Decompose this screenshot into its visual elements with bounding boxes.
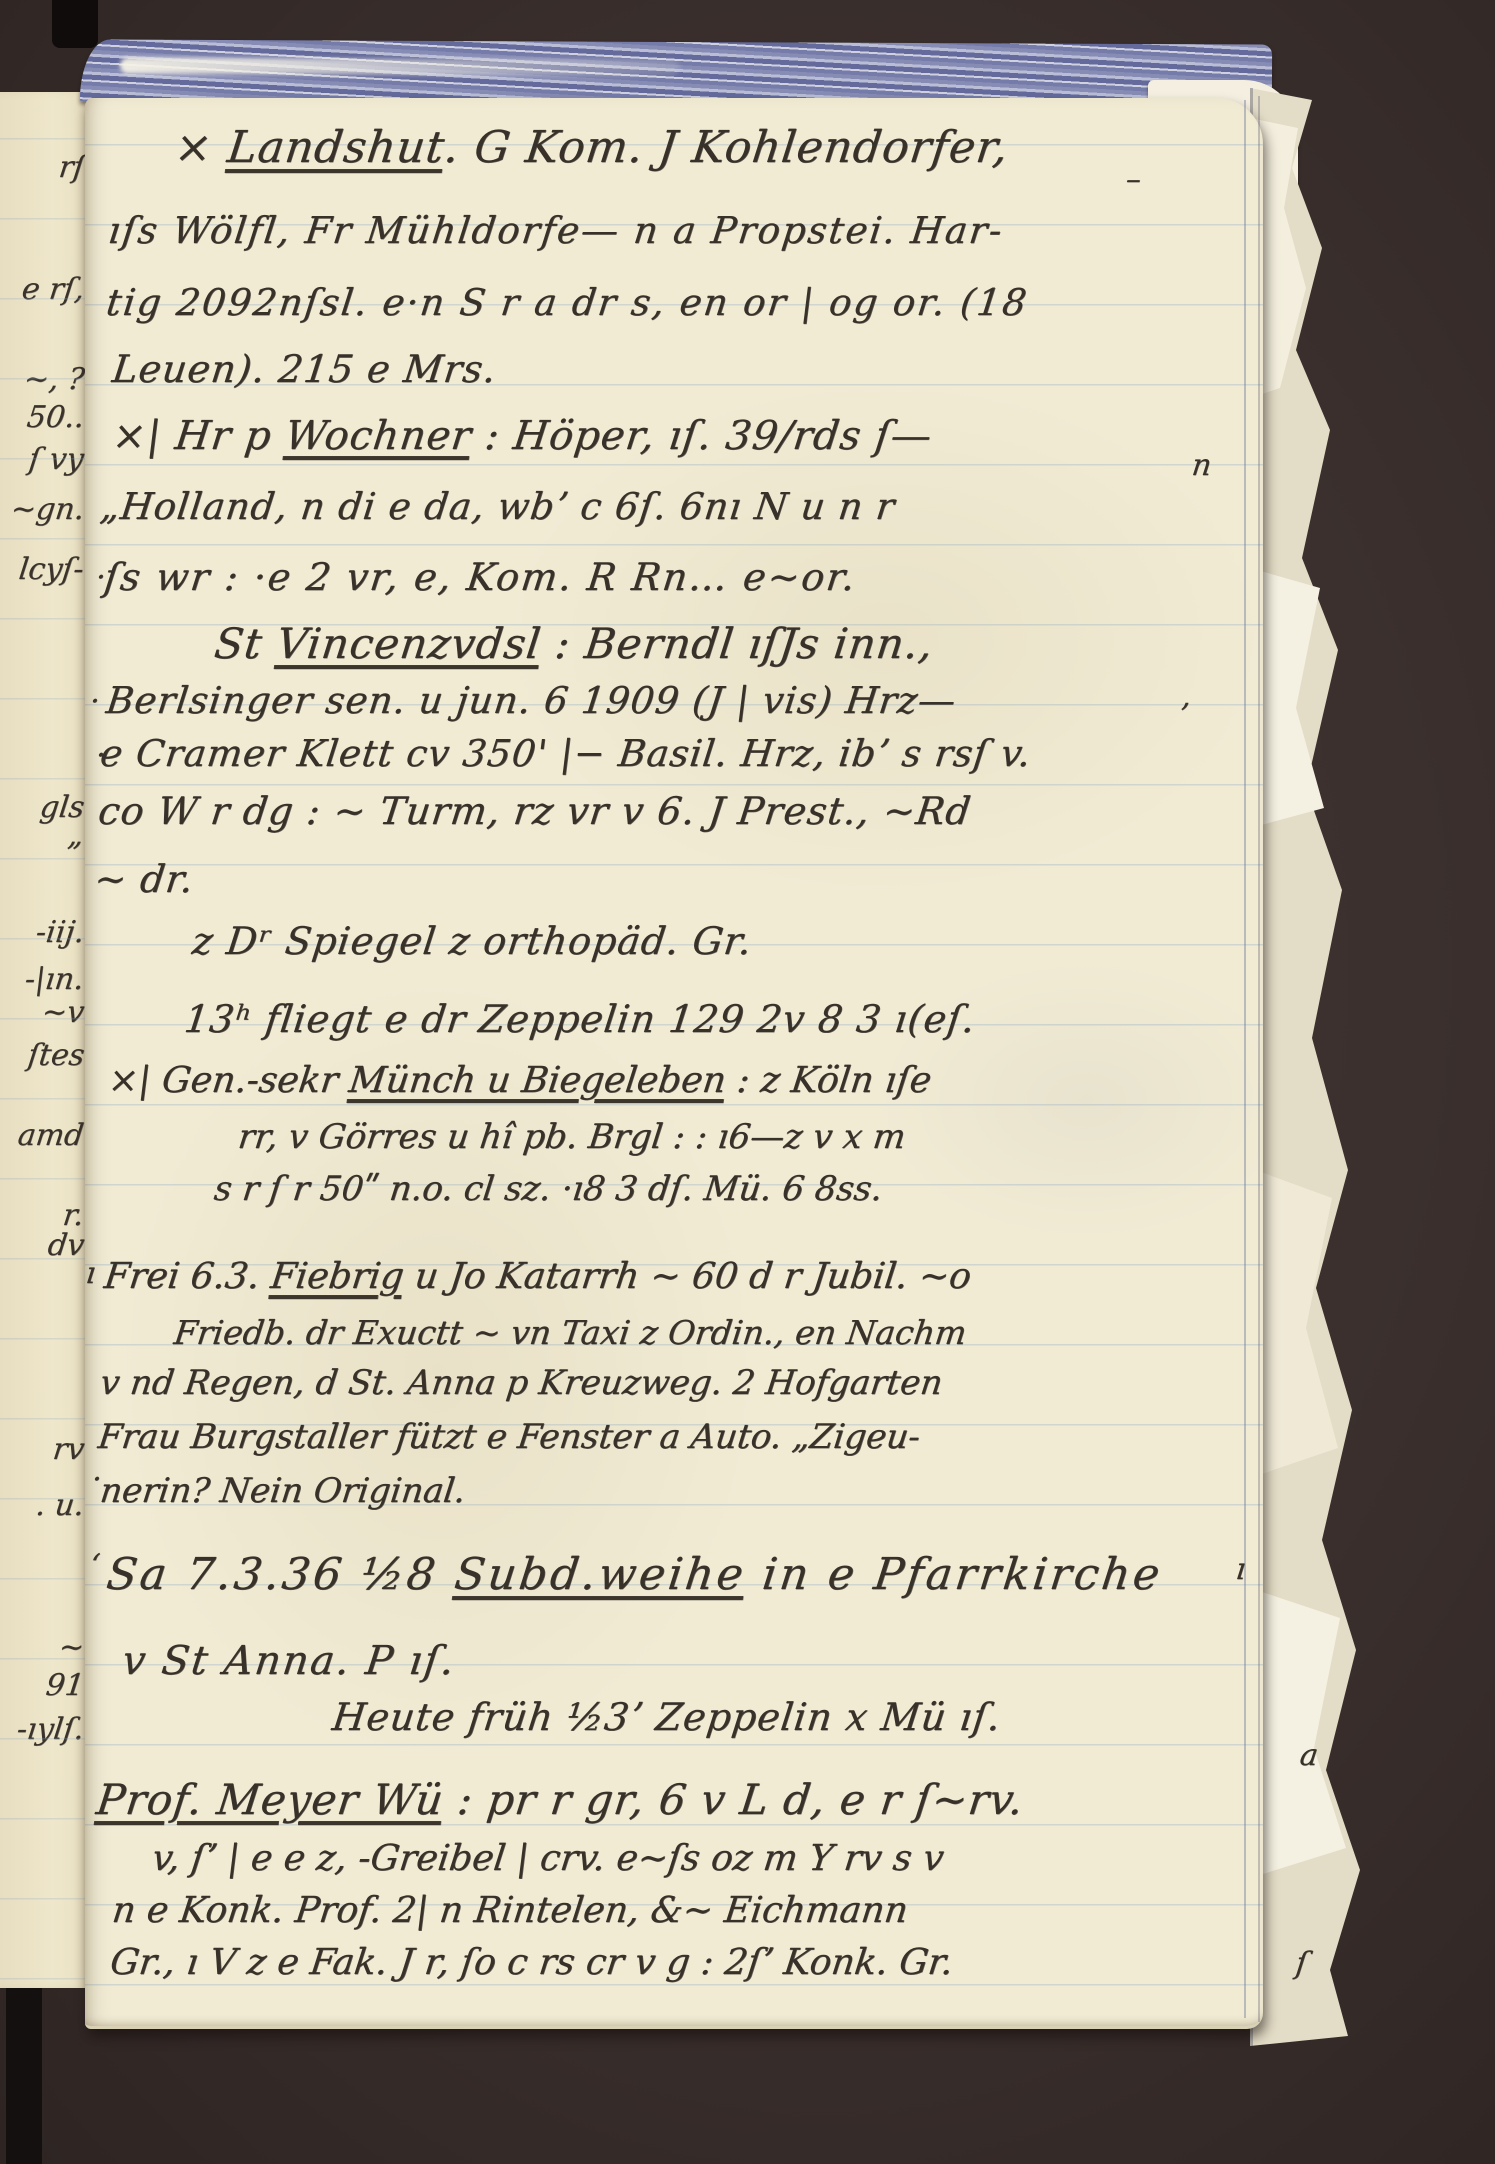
margin-ink-mark: ı (84, 1256, 98, 1291)
margin-ink-mark: ʻ (88, 1548, 102, 1583)
margin-ink-mark: · (90, 1462, 104, 1497)
margin-ink-mark: · (94, 560, 108, 595)
margin-ink-mark: ı (1234, 1552, 1248, 1587)
margin-ink-mark: ʼ (1176, 698, 1190, 733)
notebook-photo: rſe rſ,~, ?50..ſ vy~gn.lcyſ-gls„-iij.-|ı… (0, 0, 1495, 2164)
margin-ink-mark: · (88, 684, 102, 719)
margin-ink-mark: n (1190, 448, 1214, 483)
margin-ink-mark: ſ (1294, 1946, 1309, 1981)
margin-marks-layer: –nʼ···ı·ʻıaſ (0, 0, 1495, 2164)
margin-ink-mark: – (1124, 162, 1143, 197)
margin-ink-mark: · (94, 738, 108, 773)
margin-ink-mark: a (1298, 1738, 1320, 1773)
